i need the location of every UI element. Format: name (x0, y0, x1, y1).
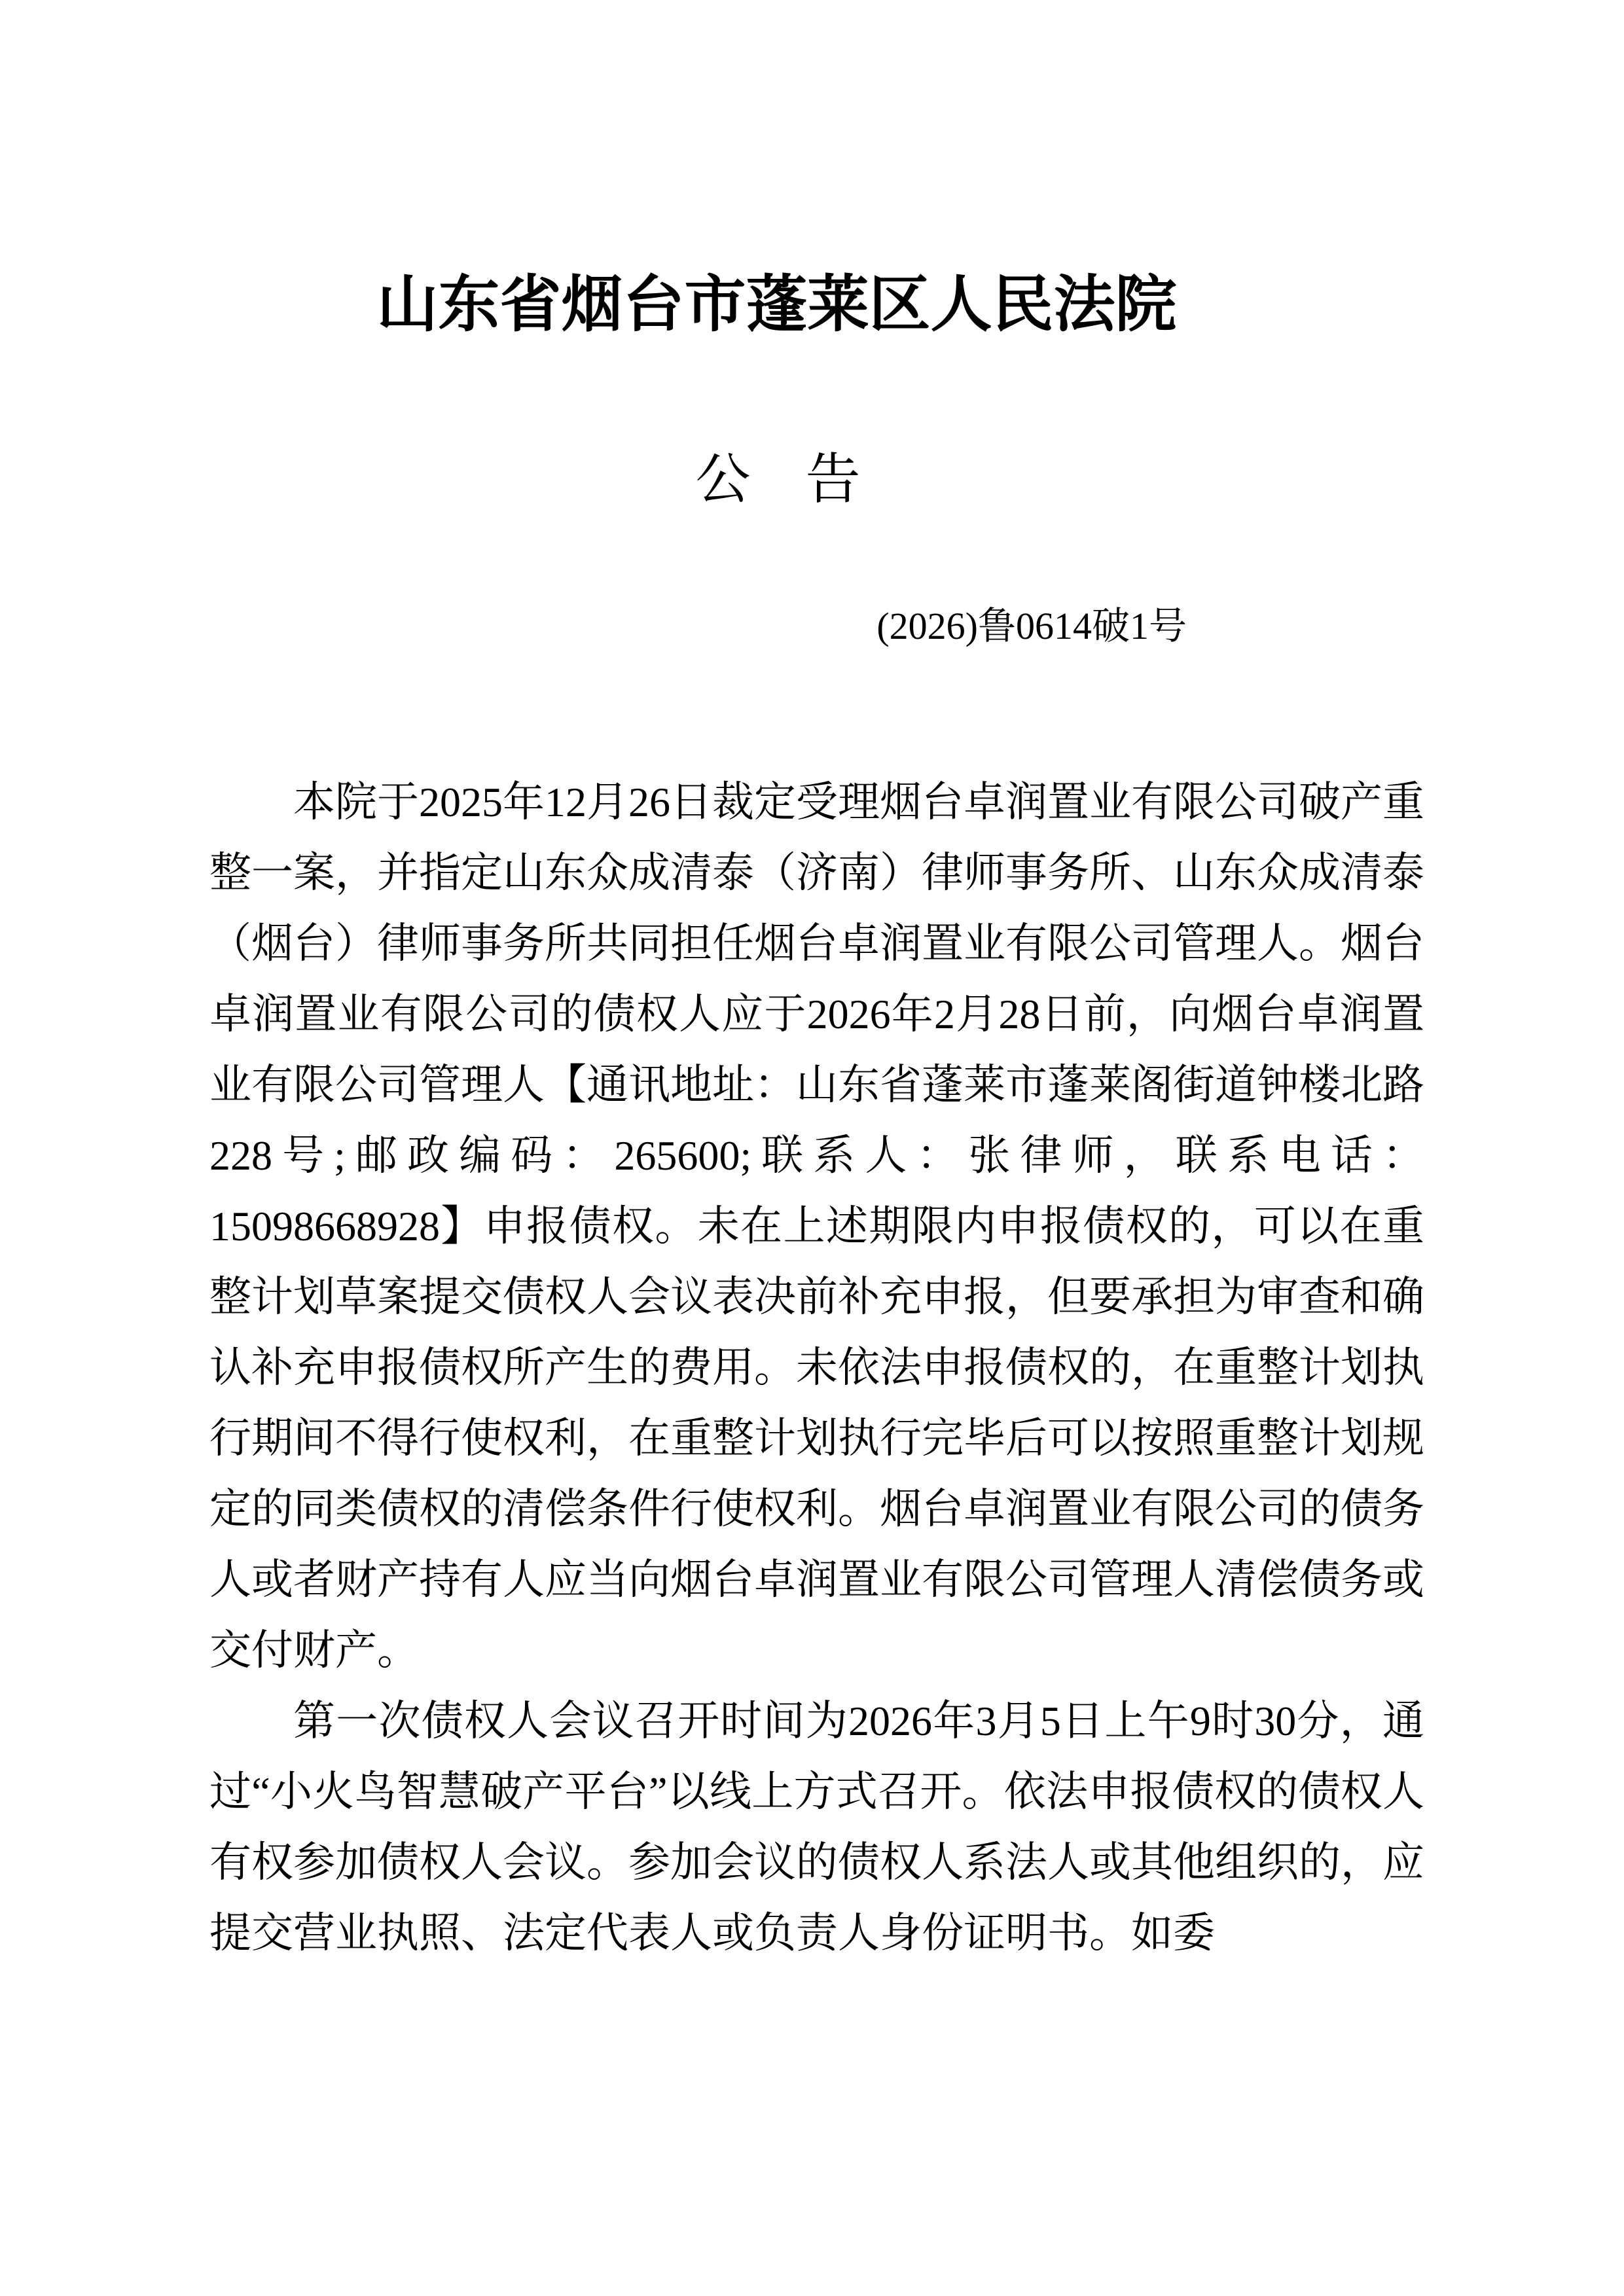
paragraph-claim-declaration: 本院于2025年12月26日裁定受理烟台卓润置业有限公司破产重整一案，并指定山东… (209, 767, 1424, 1686)
announcement-body: 本院于2025年12月26日裁定受理烟台卓润置业有限公司破产重整一案，并指定山东… (209, 767, 1424, 1969)
announcement-title: 公 告 (0, 452, 1590, 507)
court-name-heading: 山东省烟台市蓬莱区人民法院 (0, 274, 1589, 335)
paragraph-creditors-meeting: 第一次债权人会议召开时间为2026年3月5日上午9时30分，通过“小火鸟智慧破产… (209, 1686, 1424, 1969)
document-page: 山东省烟台市蓬莱区人民法院 公 告 (2026)鲁0614破1号 本院于2025… (0, 0, 1624, 2296)
case-number: (2026)鲁0614破1号 (876, 607, 1187, 645)
